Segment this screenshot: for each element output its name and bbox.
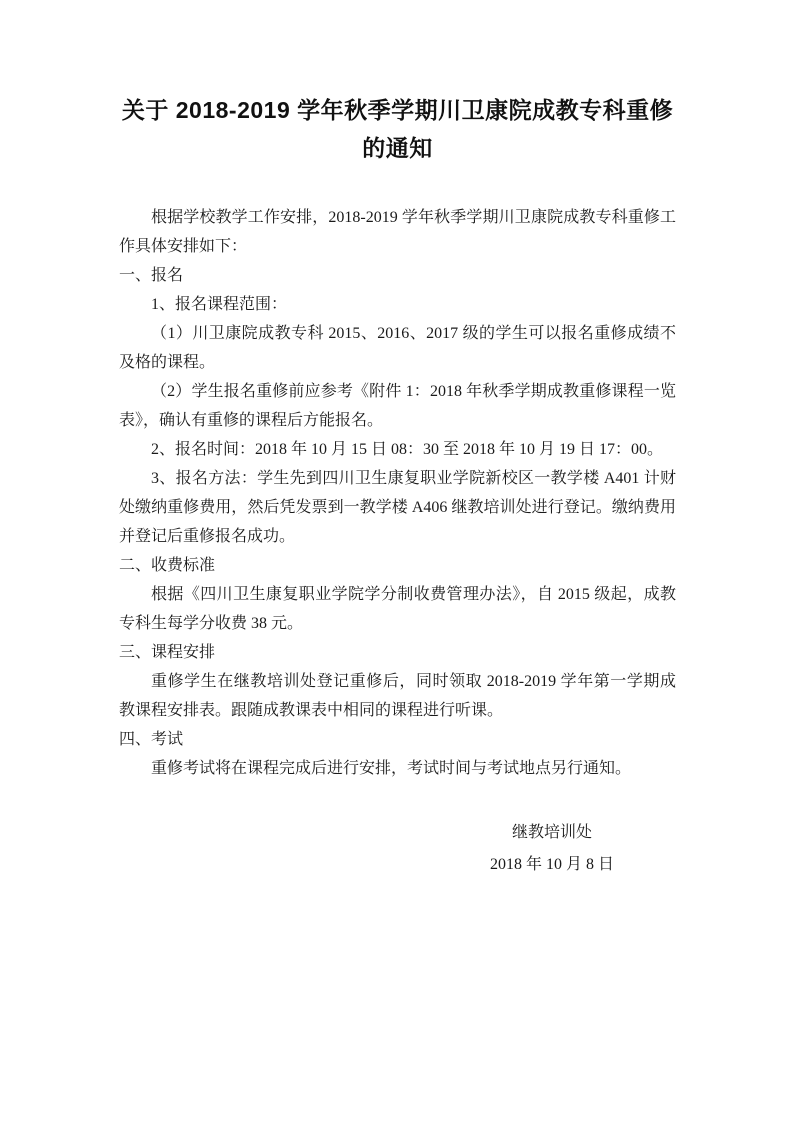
intro-paragraph: 根据学校教学工作安排，2018-2019 学年秋季学期川卫康院成教专科重修工作具…	[119, 203, 676, 261]
signature-date: 2018 年 10 月 8 日	[428, 849, 676, 881]
body-paragraph: （1）川卫康院成教专科 2015、2016、2017 级的学生可以报名重修成绩不…	[119, 319, 676, 377]
body-paragraph: 根据《四川卫生康复职业学院学分制收费管理办法》，自 2015 级起，成教专科生每…	[119, 580, 676, 638]
signature-block: 继教培训处 2018 年 10 月 8 日	[428, 817, 676, 881]
body-paragraph: 3、报名方法：学生先到四川卫生康复职业学院新校区一教学楼 A401 计财处缴纳重…	[119, 464, 676, 551]
body-paragraph: 重修考试将在课程完成后进行安排，考试时间与考试地点另行通知。	[119, 754, 676, 783]
section-heading-3: 三、课程安排	[119, 638, 676, 667]
signature-department: 继教培训处	[428, 817, 676, 849]
section-heading-4: 四、考试	[119, 725, 676, 754]
document-title: 关于 2018-2019 学年秋季学期川卫康院成教专科重修的通知	[119, 91, 676, 167]
body-paragraph: 2、报名时间：2018 年 10 月 15 日 08：30 至 2018 年 1…	[119, 435, 676, 464]
section-heading-2: 二、收费标准	[119, 551, 676, 580]
body-paragraph: 1、报名课程范围：	[119, 290, 676, 319]
document-page: 关于 2018-2019 学年秋季学期川卫康院成教专科重修的通知 根据学校教学工…	[0, 0, 793, 1122]
body-paragraph: （2）学生报名重修前应参考《附件 1：2018 年秋季学期成教重修课程一览表》，…	[119, 377, 676, 435]
section-heading-1: 一、报名	[119, 261, 676, 290]
body-paragraph: 重修学生在继教培训处登记重修后，同时领取 2018-2019 学年第一学期成教课…	[119, 667, 676, 725]
